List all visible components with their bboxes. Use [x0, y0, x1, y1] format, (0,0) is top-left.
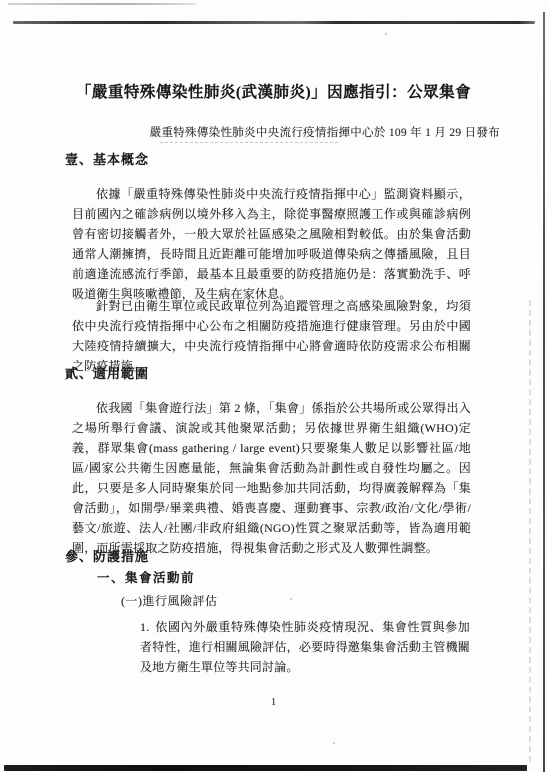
scan-speck: [385, 33, 387, 35]
section-2-paragraph-1: 依我國「集會遊行法」第 2 條，「集會」係指於公共場所或公眾得出入之場所舉行會議…: [72, 398, 471, 558]
scan-artifact-bottom-bar: [4, 765, 527, 771]
document-title: 「嚴重特殊傳染性肺炎(武漢肺炎)」因應指引：公眾集會: [0, 80, 547, 102]
scan-artifact-subtitle-dashes: [160, 142, 338, 143]
subsection-heading: 一、集會活動前: [97, 568, 195, 586]
item-text: 依國內外嚴重特殊傳染性肺炎疫情現況、集會性質與參加者特性，進行相關風險評估，必要…: [140, 620, 470, 674]
numbered-item-1: 1.依國內外嚴重特殊傳染性肺炎疫情現況、集會性質與參加者特性，進行相關風險評估，…: [140, 617, 470, 677]
scan-speck: [333, 742, 335, 744]
item-number: 1.: [140, 617, 149, 637]
scan-artifact-right-dotted-line: [529, 300, 531, 762]
publication-line: 嚴重特殊傳染性肺炎中央流行疫情指揮中心於 109 年 1 月 29 日發布: [150, 124, 500, 140]
subsubsection-heading: (一)進行風險評估: [121, 592, 218, 609]
scan-speck: [290, 598, 292, 600]
scan-artifact-right-edge-line: [543, 12, 545, 772]
scan-artifact-top-faint-line: [8, 3, 196, 5]
scanned-page: 「嚴重特殊傳染性肺炎(武漢肺炎)」因應指引：公眾集會 嚴重特殊傳染性肺炎中央流行…: [0, 0, 547, 772]
section-1-heading: 壹、基本概念: [65, 149, 149, 168]
page-number: 1: [0, 696, 547, 708]
scan-artifact-top-rule: [13, 21, 535, 24]
section-3-heading: 參、防護措施: [65, 546, 149, 565]
section-2-heading: 貳、適用範圍: [65, 363, 149, 382]
section-1-paragraph-1: 依據「嚴重特殊傳染性肺炎中央流行疫情指揮中心」監測資料顯示，目前國內之確診病例以…: [72, 184, 471, 304]
